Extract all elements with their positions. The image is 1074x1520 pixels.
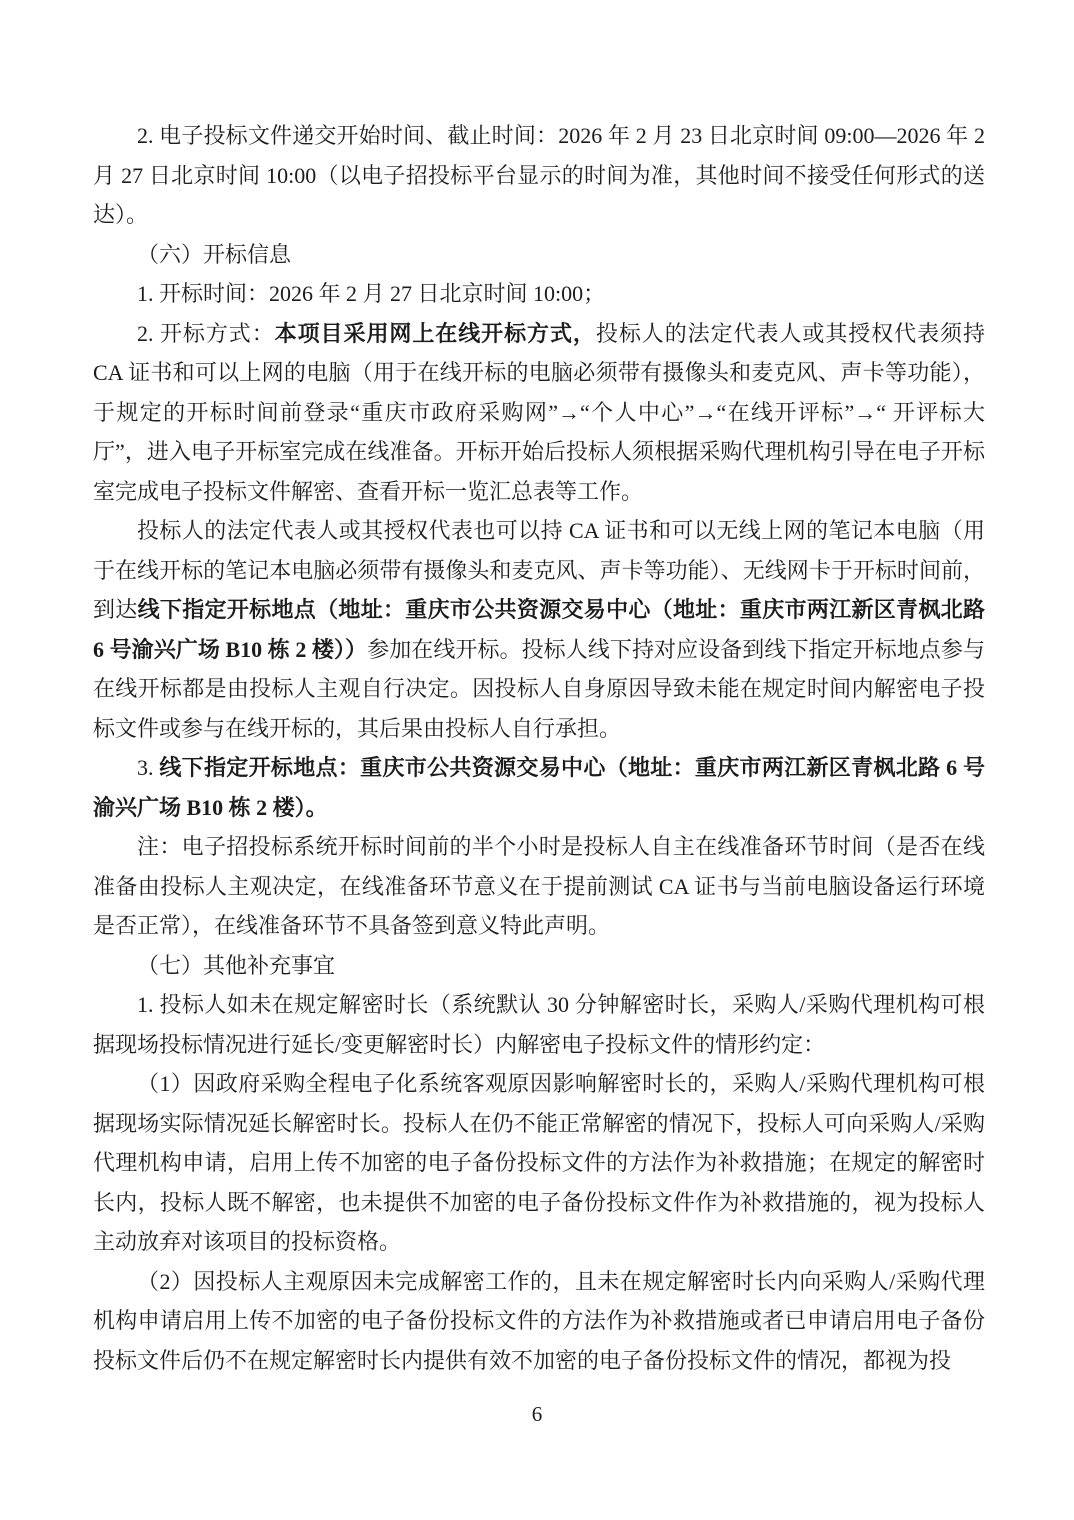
para-item-2-bidder-reason: （2）因投标人主观原因未完成解密工作的，且未在规定解密时长内向采购人/采购代理机… [93, 1262, 985, 1381]
text-run: 注：电子招投标系统开标时间前的半个小时是投标人自主在线准备环节时间（是否在线准备… [93, 834, 985, 938]
document-page: 2. 电子投标文件递交开始时间、截止时间：2026 年 2 月 23 日北京时间… [0, 0, 1074, 1520]
bold-text-run: 线下指定开标地点：重庆市公共资源交易中心（地址：重庆市两江新区青枫北路 6 号渝… [93, 755, 985, 820]
para-offline-bid-opening-location: 3. 线下指定开标地点：重庆市公共资源交易中心（地址：重庆市两江新区青枫北路 6… [93, 748, 985, 827]
text-run: 3. [137, 755, 159, 780]
para-decryption-time-provisions: 1. 投标人如未在规定解密时长（系统默认 30 分钟解密时长，采购人/采购代理机… [93, 985, 985, 1064]
para-offline-attendance-option: 投标人的法定代表人或其授权代表也可以持 CA 证书和可以无线上网的笔记本电脑（用… [93, 511, 985, 748]
text-run: 1. 开标时间：2026 年 2 月 27 日北京时间 10:00； [137, 281, 605, 306]
text-run: （1）因政府采购全程电子化系统客观原因影响解密时长的，采购人/采购代理机构可根据… [93, 1071, 985, 1254]
bold-text-run: 本项目采用网上在线开标方式， [275, 321, 596, 346]
para-submission-deadline: 2. 电子投标文件递交开始时间、截止时间：2026 年 2 月 23 日北京时间… [93, 116, 985, 235]
document-body: 2. 电子投标文件递交开始时间、截止时间：2026 年 2 月 23 日北京时间… [93, 116, 985, 1380]
page-number: 6 [0, 1400, 1074, 1428]
text-run: （七）其他补充事宜 [137, 953, 335, 978]
para-bid-opening-time: 1. 开标时间：2026 年 2 月 27 日北京时间 10:00； [93, 274, 985, 314]
para-item-1-system-reason: （1）因政府采购全程电子化系统客观原因影响解密时长的，采购人/采购代理机构可根据… [93, 1064, 985, 1262]
text-run: 2. 电子投标文件递交开始时间、截止时间：2026 年 2 月 23 日北京时间… [93, 123, 985, 227]
text-run: 投标人的法定代表人或其授权代表须持 CA 证书和可以上网的电脑（用于在线开标的电… [93, 321, 985, 504]
heading-section-6-bid-opening-info: （六）开标信息 [93, 235, 985, 275]
text-run: 2. 开标方式： [137, 321, 275, 346]
para-note-online-preparation: 注：电子招投标系统开标时间前的半个小时是投标人自主在线准备环节时间（是否在线准备… [93, 827, 985, 946]
text-run: （2）因投标人主观原因未完成解密工作的，且未在规定解密时长内向采购人/采购代理机… [93, 1269, 985, 1373]
para-bid-opening-method: 2. 开标方式：本项目采用网上在线开标方式，投标人的法定代表人或其授权代表须持 … [93, 314, 985, 512]
heading-section-7-other-matters: （七）其他补充事宜 [93, 946, 985, 986]
text-run: 1. 投标人如未在规定解密时长（系统默认 30 分钟解密时长，采购人/采购代理机… [93, 992, 985, 1057]
text-run: （六）开标信息 [137, 242, 291, 267]
